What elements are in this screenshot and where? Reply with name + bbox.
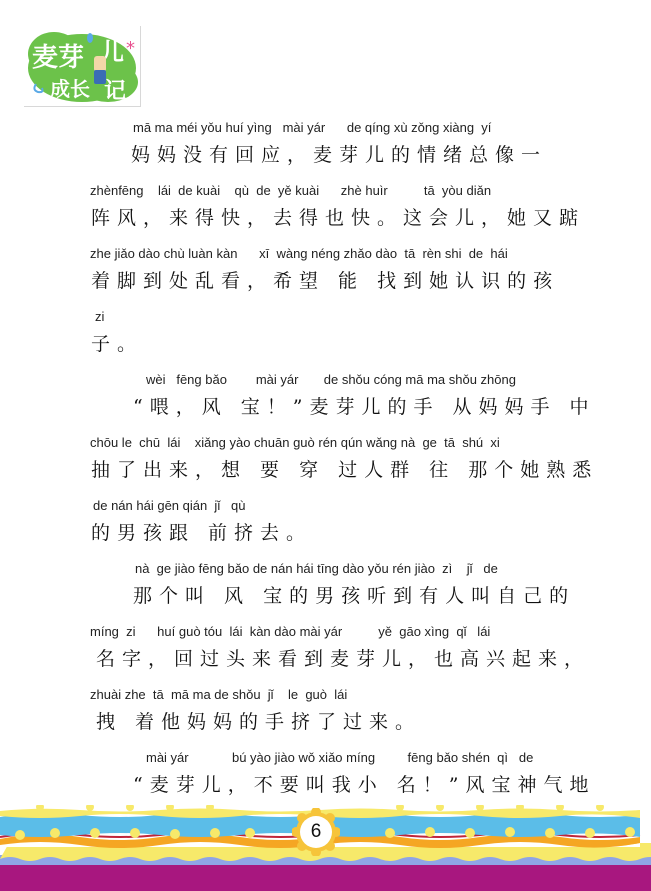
hanzi-line: 的男孩跟 前挤去。 [91,518,312,545]
hanzi-line: 阵风，来得快，去得也快。这会儿，她又踮 [91,203,585,230]
hanzi-line: “麦芽儿，不要叫我小 名！”风宝神气地 [133,770,595,797]
book-logo: 麦芽 儿 成长 记 * [24,26,141,107]
logo-artwork: 麦芽 儿 成长 记 * [24,26,140,106]
pinyin-line: de nán hái gēn qián jǐ qù [93,498,246,513]
pinyin-line: zhènfēng lái de kuài qù de yě kuài zhè h… [90,183,491,198]
svg-text:记: 记 [104,79,126,104]
pinyin-line: mài yár bú yào jiào wǒ xiǎo míng fēng bǎ… [146,750,533,765]
pinyin-line: zi [95,309,104,324]
svg-text:*: * [126,38,135,59]
hanzi-line: 抽了出来，想 要 穿 过人群 往 那个她熟悉 [91,455,598,482]
hanzi-line: 妈妈没有回应，麦芽儿的情绪总像一 [131,140,547,167]
page-number: 6 [292,808,340,856]
hanzi-line: 那个叫 风 宝的男孩听到有人叫自己的 [133,581,575,608]
hanzi-line: 子。 [91,329,143,356]
pinyin-line: mā ma méi yǒu huí yìng mài yár de qíng x… [133,120,491,135]
pinyin-line: wèi fēng bǎo mài yár de shǒu cóng mā ma … [146,372,516,387]
pinyin-line: míng zi huí guò tóu lái kàn dào mài yár … [90,624,490,639]
logo-title-line2: 成长 [50,77,90,101]
hanzi-line: 着脚到处乱看，希望 能 找到她认识的孩 [91,266,559,293]
hanzi-line: 名字，回过头来看到麦芽儿，也高兴起来， [96,644,590,671]
pinyin-line: chōu le chū lái xiǎng yào chuān guò rén … [90,435,500,450]
pinyin-line: zhe jiǎo dào chù luàn kàn xī wàng néng z… [90,246,508,261]
hanzi-line: 拽 着他妈妈的手挤了过来。 [96,707,421,734]
logo-title-line1: 麦芽 [32,43,84,73]
pinyin-line: nà ge jiào fēng bǎo de nán hái tīng dào … [135,561,498,576]
hanzi-line: “喂，风 宝！”麦芽儿的手 从妈妈手 中 [133,392,596,419]
pinyin-line: zhuài zhe tā mā ma de shǒu jǐ le guò lái [90,687,347,702]
